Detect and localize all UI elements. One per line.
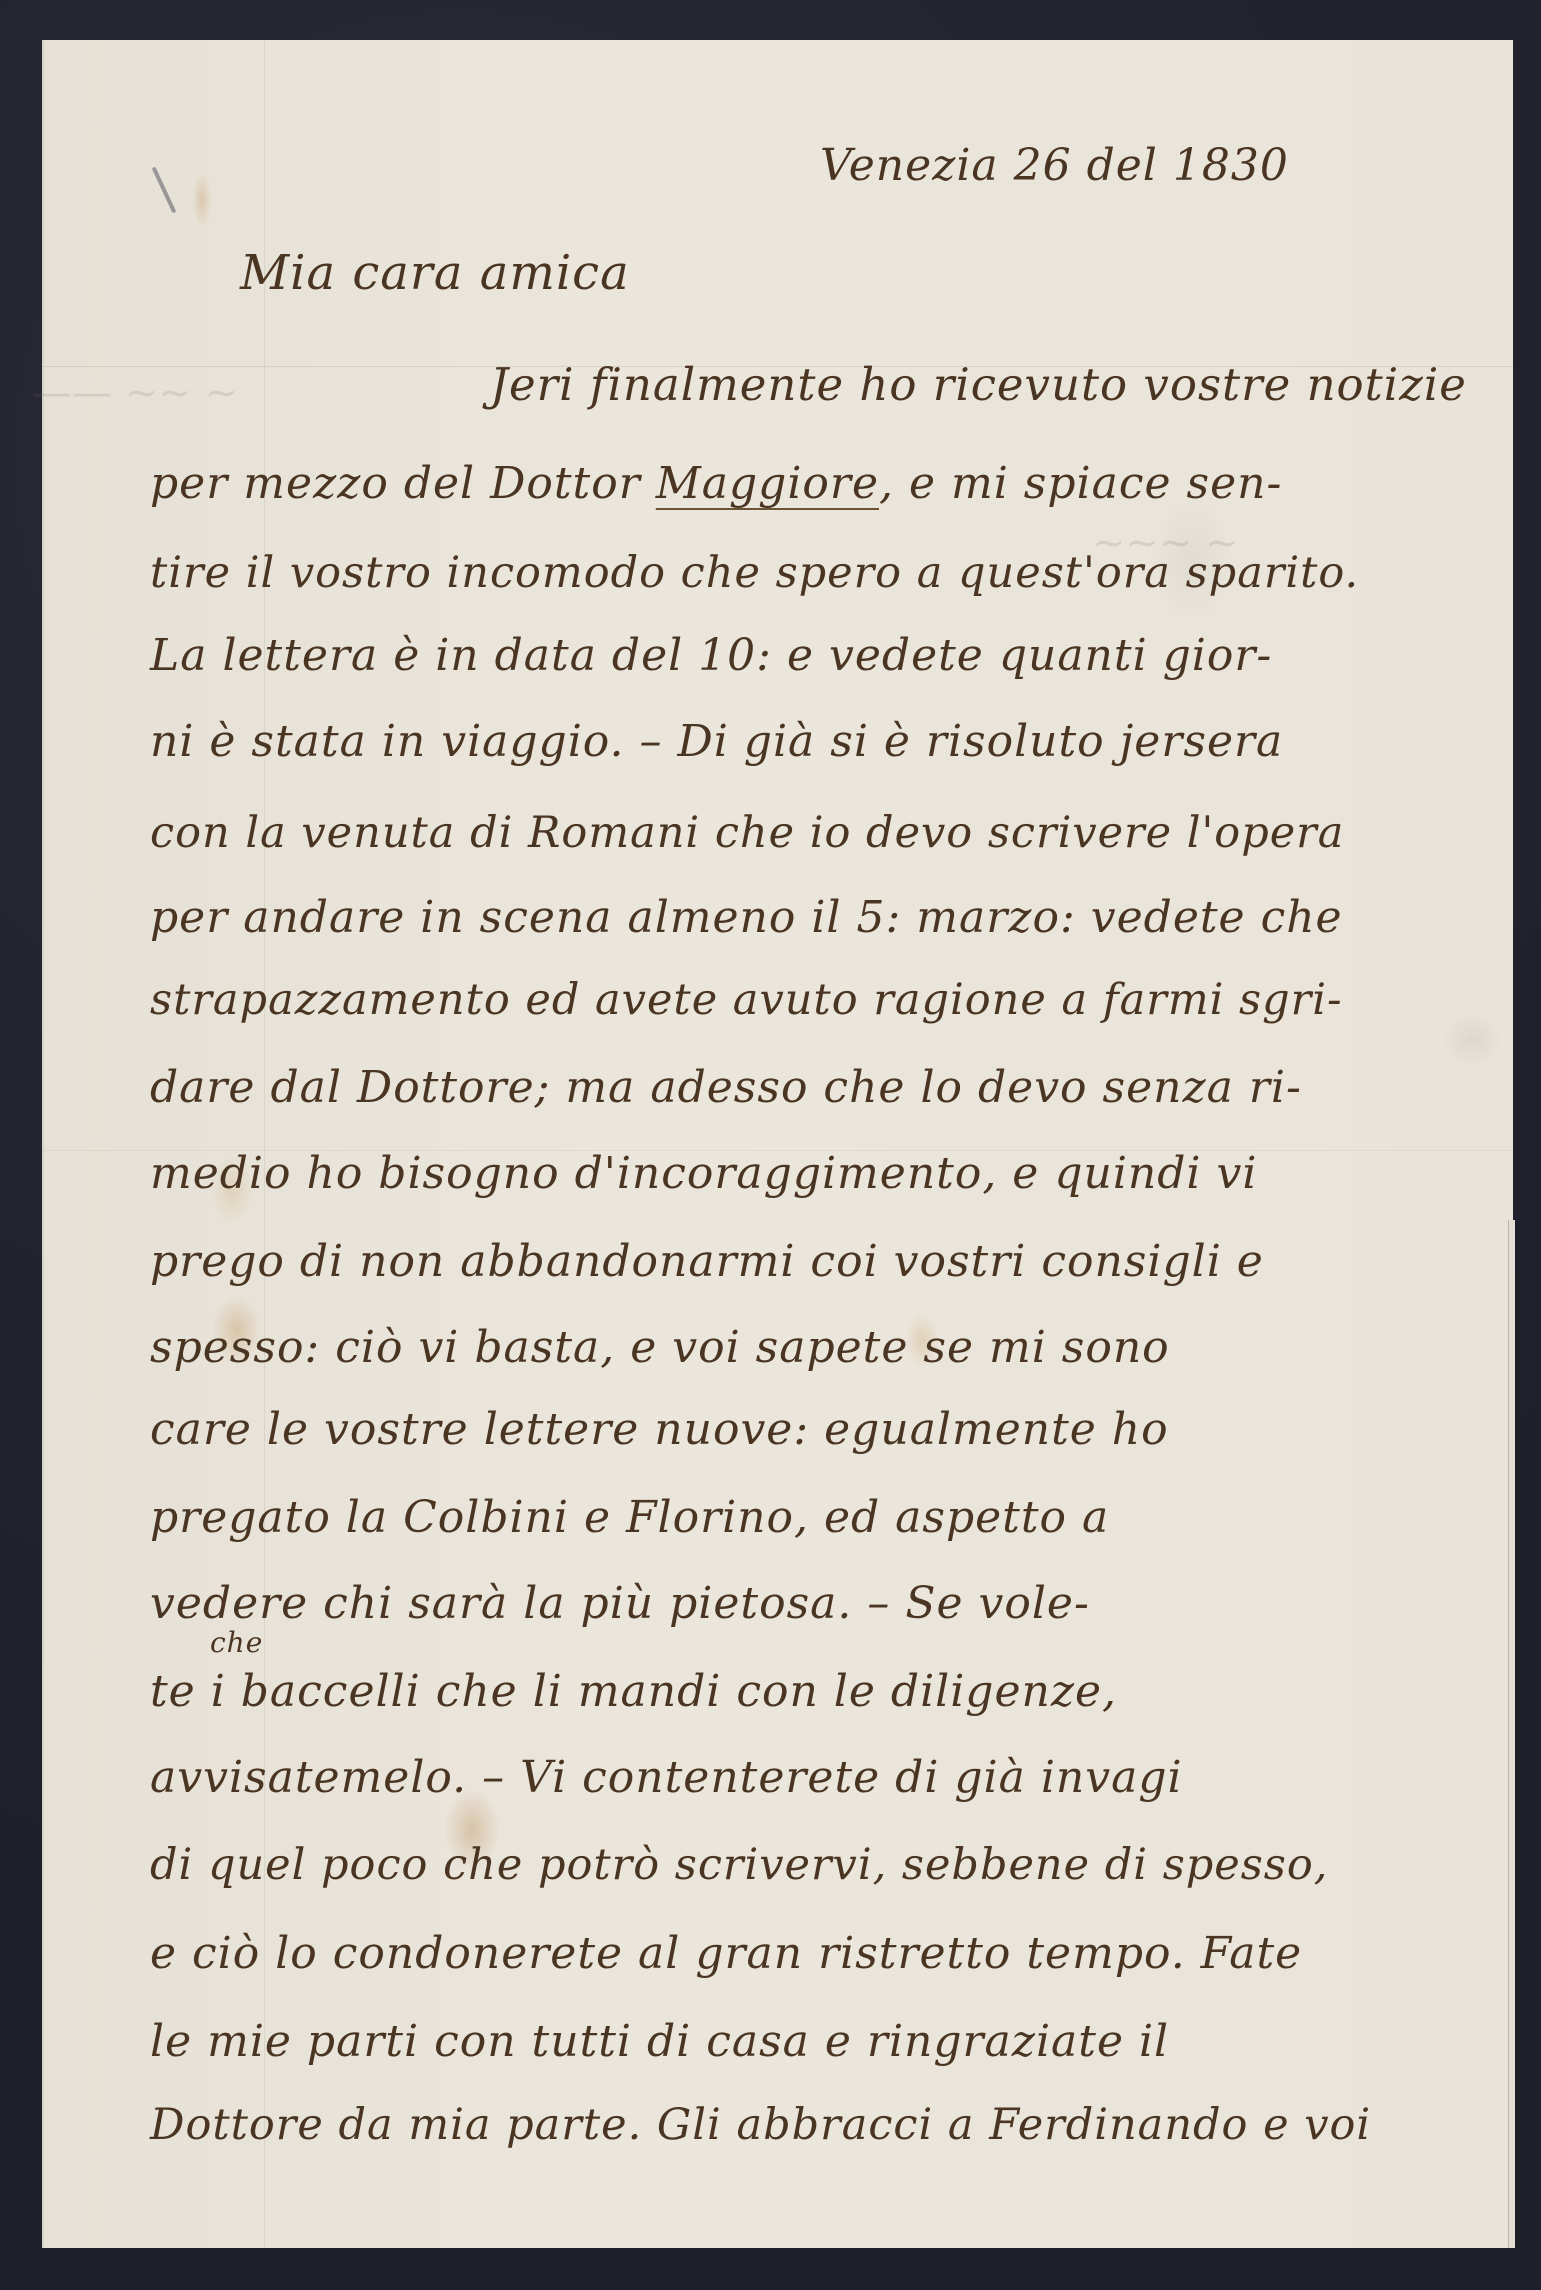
letter-line: pregato la Colbini e Florino, ed aspetto… [150, 1492, 1109, 1543]
letter-line: Jeri finalmente ho ricevuto vostre notiz… [490, 358, 1467, 411]
letter-line-text: per mezzo del Dottor Maggiore, e mi spia… [150, 458, 1282, 509]
letter-line: tire il vostro incomodo che spero a ques… [150, 548, 1359, 598]
letter-line: dare dal Dottore; ma adesso che lo devo … [150, 1062, 1302, 1113]
letter-line: ni è stata in viaggio. – Di già si è ris… [150, 716, 1283, 767]
letter-line: con la venuta di Romani che io devo scri… [150, 808, 1344, 858]
letter-line: per mezzo del Dottor Maggiore, e mi spia… [150, 458, 1282, 509]
letter-line: spesso: ciò vi basta, e voi sapete se mi… [150, 1322, 1170, 1373]
interlinear-insertion: che [210, 1626, 263, 1659]
letter-line: avvisatemelo. – Vi contenterete di già i… [150, 1752, 1183, 1803]
letter-line: di quel poco che potrò scrivervi, sebben… [150, 1840, 1328, 1890]
letter-line: strapazzamento ed avete avuto ragione a … [150, 975, 1342, 1025]
letter-line: Dottore da mia parte. Gli abbracci a Fer… [150, 2100, 1371, 2150]
letter-line: vedere chi sarà la più pietosa. – Se vol… [150, 1578, 1090, 1629]
letter-line: prego di non abbandonarmi coi vostri con… [150, 1236, 1264, 1287]
dateline: Venezia 26 del 1830 [820, 140, 1289, 191]
second-sheet-edge [1508, 1220, 1515, 2248]
letter-line: per andare in scena almeno il 5: marzo: … [150, 892, 1343, 943]
fold-crease-vertical [264, 40, 265, 2248]
letter-line: le mie parti con tutti di casa e ringraz… [150, 2016, 1169, 2067]
underlined-word: Maggiore [656, 458, 879, 509]
letter-sheet: —— ~~ ~ ~~~ ~ Venezia 26 del 1830 Mia ca… [42, 40, 1513, 2248]
letter-line: La lettera è in data del 10: e vedete qu… [150, 630, 1272, 681]
bleed-through-text: —— ~~ ~ [32, 370, 238, 416]
letter-line: te i baccelli che li mandi con le dilige… [150, 1666, 1117, 1717]
letter-line: e ciò lo condonerete al gran ristretto t… [150, 1928, 1302, 1979]
salutation: Mia cara amica [240, 245, 630, 301]
pencil-mark [152, 166, 177, 213]
letter-line: care le vostre lettere nuove: egualmente… [150, 1404, 1169, 1455]
letter-line: medio ho bisogno d'incoraggimento, e qui… [150, 1148, 1257, 1199]
